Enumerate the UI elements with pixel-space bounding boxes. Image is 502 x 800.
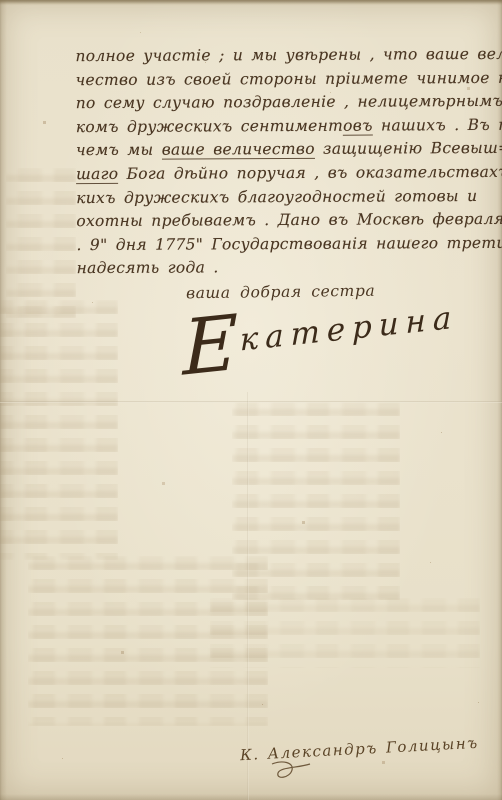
letter-line: полное участіе ; и мы увѣрены , что ваше… xyxy=(75,43,493,69)
letter-line: кихъ дружескихъ благоугодностей готовы и xyxy=(76,184,494,210)
letter-line: охотны пребываемъ . Дано въ Москвѣ февра… xyxy=(76,208,494,234)
vertical-fold-crease xyxy=(247,392,249,800)
horizontal-fold-crease xyxy=(0,401,502,403)
letter-line: . 9" дня 1775" Государствованія нашего т… xyxy=(76,232,494,258)
letter-line: шаго Бога дѣйно поручая , въ оказательст… xyxy=(76,161,494,187)
signature-initial: Е xyxy=(183,297,240,392)
foxing-specks xyxy=(0,0,1,1)
letter-line: надесять года . xyxy=(76,255,494,281)
signature-rest: катерина xyxy=(240,299,458,358)
ink-bleedthrough xyxy=(6,168,76,318)
ink-bleedthrough xyxy=(210,598,480,668)
letter-body: полное участіе ; и мы увѣрены , что ваше… xyxy=(75,43,494,281)
letter-line: чество изъ своей стороны пріимете чинимо… xyxy=(76,67,494,93)
letter-line: чемъ мы ваше величество защищенію Всевыш… xyxy=(76,137,494,163)
letter-line: комъ дружескихъ сентиментовъ нашихъ . Въ… xyxy=(76,114,494,140)
paper-edge-bottom xyxy=(0,794,502,800)
letter-line: по сему случаю поздравленіе , нелицемѣрн… xyxy=(76,90,494,116)
paper-edge-top xyxy=(0,0,502,5)
ink-bleedthrough xyxy=(0,300,118,560)
countersignature-flourish xyxy=(268,758,314,784)
manuscript-page: полное участіе ; и мы увѣрены , что ваше… xyxy=(0,0,502,800)
